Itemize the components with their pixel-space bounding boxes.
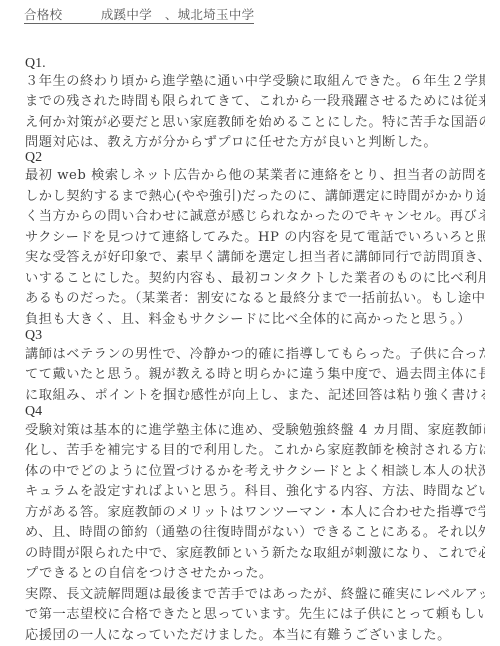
document-page: 合格校 成蹊中学 、城北埼玉中学 Q1. ３年生の終わり頃から進学塾に通い中学受…: [0, 0, 500, 646]
paragraph-line: め、且、時間の節約（通塾の往復時間がない）できることにある。それ以外に、受験まで: [25, 524, 485, 541]
paragraph-line: あるものだった。（某業者：割安になると最終分まで一括前払い。もし途中で辞めた場合…: [25, 290, 485, 307]
paragraph-line: 実際、長文読解問題は最後まで苦手ではあったが、終盤に確実にレベルアップでき、お陰: [25, 586, 485, 603]
paragraph-line: 受験対策は基本的に進学塾主体に進め、受験勉強終盤 4 カ月間、家庭教師は国語対策…: [25, 422, 485, 439]
paragraph-line: 体の中でどのように位置づけるかを考えサクシードとよく相談し本人の状況に合ったカリ: [25, 463, 485, 480]
paragraph-line: で第一志望校に合格できたと思っています。先生には子供にとって頼もしい味方・強力な: [25, 606, 485, 623]
paragraph-line: てて戴いたと思う。親が教える時と明らかに違う集中度で、過去問主体に長文読解を真剣: [25, 366, 485, 383]
paragraph-line: 方がある答。家庭教師のメリットはワンツーマン・本人に合わせた指導で学習効果が見込: [25, 504, 485, 521]
header-schools: 成蹊中学 、城北埼玉中学: [101, 7, 255, 22]
paragraph-line: いすることにした。契約内容も、最初コンタクトした業者のものに比べ利用者に対し誠意: [25, 270, 485, 287]
section-title-q1: Q1.: [25, 55, 485, 72]
paragraph-line: 講師はベテランの男性で、冷静かつ的確に指導してもらった。子供に合った良い講師を当: [25, 346, 485, 363]
paragraph-line: プできるとの自信をつけさせたかった。: [25, 565, 485, 582]
paragraph-line: に取組み、ポイントを掴む感性が向上し、また、記述回答は粘り強く書けるようになった…: [25, 387, 485, 404]
section-title-q2: Q2: [25, 149, 485, 166]
paragraph-line: 応援団の一人になっていただけました。本当に有難うございました。: [25, 627, 485, 644]
paragraph-line: 最初 web 検索しネット広告から他の某業者に連絡をとり、担当者の訪問を受け契約…: [25, 167, 485, 184]
section-title-q4: Q4: [25, 403, 485, 420]
paragraph-line: 化し、苦手を補完する目的で利用した。これから家庭教師を検討される方は、受験対策全: [25, 442, 485, 459]
passed-schools-header: 合格校 成蹊中学 、城北埼玉中学: [24, 7, 254, 24]
paragraph-line: までの残された時間も限られてきて、これから一段飛躍させるためには従来の取組みに加: [25, 93, 485, 110]
header-label: 合格校: [24, 7, 62, 22]
section-title-q3: Q3: [25, 327, 485, 344]
paragraph-line: キュラムを設定すればよいと思う。科目、強化する内容、方法、時間などいろいろなやり: [25, 483, 485, 500]
paragraph-line: え何か対策が必要だと思い家庭教師を始めることにした。特に苦手な国語の読解力、長文: [25, 114, 485, 131]
paragraph-line: サクシードを見つけて連絡してみた。HP の内容を見て電話でいろいろと照会したとこ…: [25, 229, 485, 246]
paragraph-line: 実な受答えが好印象で、素早く講師を選定し担当者に講師同行で訪問頂き、納得してお願: [25, 249, 485, 266]
paragraph-line: しかし契約するまで熱心(やや強引)だったのに、講師選定に時間がかかり途中経過報告…: [25, 188, 485, 205]
paragraph-line: ３年生の終わり頃から進学塾に通い中学受験に取組んできた。６年生２学期になり、受験: [25, 73, 485, 90]
paragraph-line: の時間が限られた中で、家庭教師という新たな取組が刺激になり、これで必ずレベルアッ: [25, 545, 485, 562]
paragraph-line: 負担も大きく、且、料金もサクシードに比べ全体的に高かったと思う。）: [25, 311, 485, 328]
paragraph-line: く当方からの問い合わせに誠意が感じられなかったのでキャンセル。再びネットで検索し: [25, 208, 485, 225]
